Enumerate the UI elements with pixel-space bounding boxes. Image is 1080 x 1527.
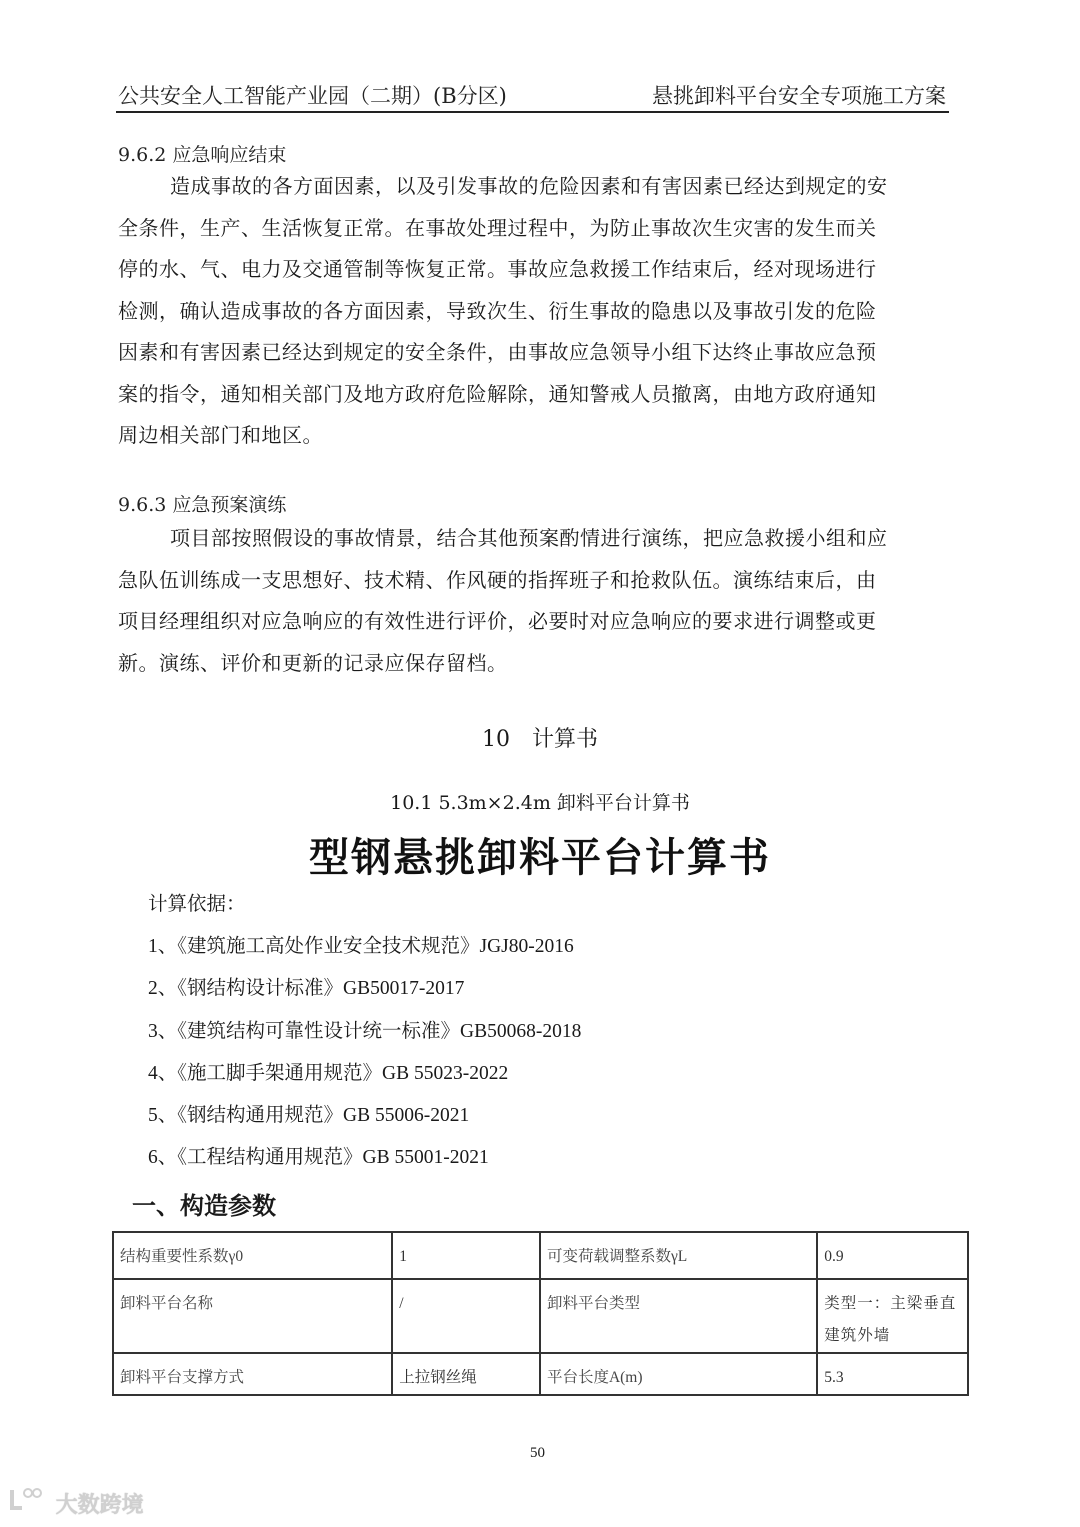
document-title: 型钢悬挑卸料平台计算书	[0, 826, 1080, 883]
reference-item: 2、《钢结构设计标准》GB50017-2017	[148, 972, 464, 1000]
text-line: 周边相关部门和地区。	[118, 415, 950, 457]
param-label: 卸料平台名称	[113, 1279, 392, 1353]
watermark-logo-icon	[8, 1486, 44, 1518]
construction-parameters-table: 结构重要性系数γ0 1 可变荷载调整系数γL 0.9 卸料平台名称 / 卸料平台…	[112, 1231, 969, 1396]
reference-item: 4、《施工脚手架通用规范》GB 55023-2022	[148, 1057, 508, 1085]
param-value: /	[392, 1279, 540, 1353]
text-line: 急队伍训练成一支思想好、技术精、作风硬的指挥班子和抢救队伍。演练结束后，由	[118, 560, 950, 602]
page-number: 50	[530, 1445, 545, 1462]
text-line: 项目经理组织对应急响应的有效性进行评价，必要时对应急响应的要求进行调整或更	[118, 601, 950, 643]
table-row: 卸料平台名称 / 卸料平台类型 类型一：主梁垂直建筑外墙	[113, 1279, 968, 1353]
section-heading-9-6-3: 9.6.3 应急预案演练	[118, 490, 286, 517]
reference-item: 1、《建筑施工高处作业安全技术规范》JGJ80-2016	[148, 930, 574, 958]
table-row: 结构重要性系数γ0 1 可变荷载调整系数γL 0.9	[113, 1232, 968, 1279]
param-value: 上拉钢丝绳	[392, 1353, 540, 1395]
reference-item: 6、《工程结构通用规范》GB 55001-2021	[148, 1141, 489, 1169]
basis-label: 计算依据：	[148, 888, 246, 916]
param-label: 结构重要性系数γ0	[113, 1232, 392, 1279]
paragraph-emergency-response-end: 造成事故的各方面因素，以及引发事故的危险因素和有害因素已经达到规定的安 全条件，…	[130, 166, 950, 457]
subsection-heading: 10.1 5.3m×2.4m 卸料平台计算书	[0, 788, 1080, 815]
text-line: 检测，确认造成事故的各方面因素，导致次生、衍生事故的隐患以及事故引发的危险	[118, 291, 950, 333]
paragraph-emergency-drill: 项目部按照假设的事故情景，结合其他预案酌情进行演练，把应急救援小组和应 急队伍训…	[130, 518, 950, 684]
reference-item: 3、《建筑结构可靠性设计统一标准》GB50068-2018	[148, 1015, 581, 1043]
text-line: 项目部按照假设的事故情景，结合其他预案酌情进行演练，把应急救援小组和应	[130, 518, 950, 560]
params-heading: 一、构造参数	[132, 1186, 276, 1221]
param-label: 平台长度A(m)	[540, 1353, 817, 1395]
text-line: 停的水、气、电力及交通管制等恢复正常。事故应急救援工作结束后，经对现场进行	[118, 249, 950, 291]
param-value: 0.9	[817, 1232, 968, 1279]
text-line: 新。演练、评价和更新的记录应保存留档。	[118, 643, 950, 685]
header-project-name: 公共安全人工智能产业园（二期）(B分区)	[118, 80, 507, 110]
param-value: 类型一：主梁垂直建筑外墙	[817, 1279, 968, 1353]
param-value: 1	[392, 1232, 540, 1279]
text-line: 造成事故的各方面因素，以及引发事故的危险因素和有害因素已经达到规定的安	[130, 166, 950, 208]
header-document-title: 悬挑卸料平台安全专项施工方案	[652, 80, 946, 110]
text-line: 因素和有害因素已经达到规定的安全条件，由事故应急领导小组下达终止事故应急预	[118, 332, 950, 374]
watermark-text: 大数跨境	[56, 1493, 144, 1518]
param-label: 卸料平台类型	[540, 1279, 817, 1353]
header-rule	[116, 111, 949, 113]
text-line: 案的指令，通知相关部门及地方政府危险解除，通知警戒人员撤离，由地方政府通知	[118, 374, 950, 416]
chapter-heading: 10 计算书	[0, 722, 1080, 753]
table-row: 卸料平台支撑方式 上拉钢丝绳 平台长度A(m) 5.3	[113, 1353, 968, 1395]
param-value: 5.3	[817, 1353, 968, 1395]
text-line: 全条件，生产、生活恢复正常。在事故处理过程中，为防止事故次生灾害的发生而关	[118, 208, 950, 250]
watermark: 大数跨境	[8, 1486, 144, 1519]
reference-item: 5、《钢结构通用规范》GB 55006-2021	[148, 1099, 469, 1127]
section-heading-9-6-2: 9.6.2 应急响应结束	[118, 140, 286, 167]
param-label: 可变荷载调整系数γL	[540, 1232, 817, 1279]
param-label: 卸料平台支撑方式	[113, 1353, 392, 1395]
